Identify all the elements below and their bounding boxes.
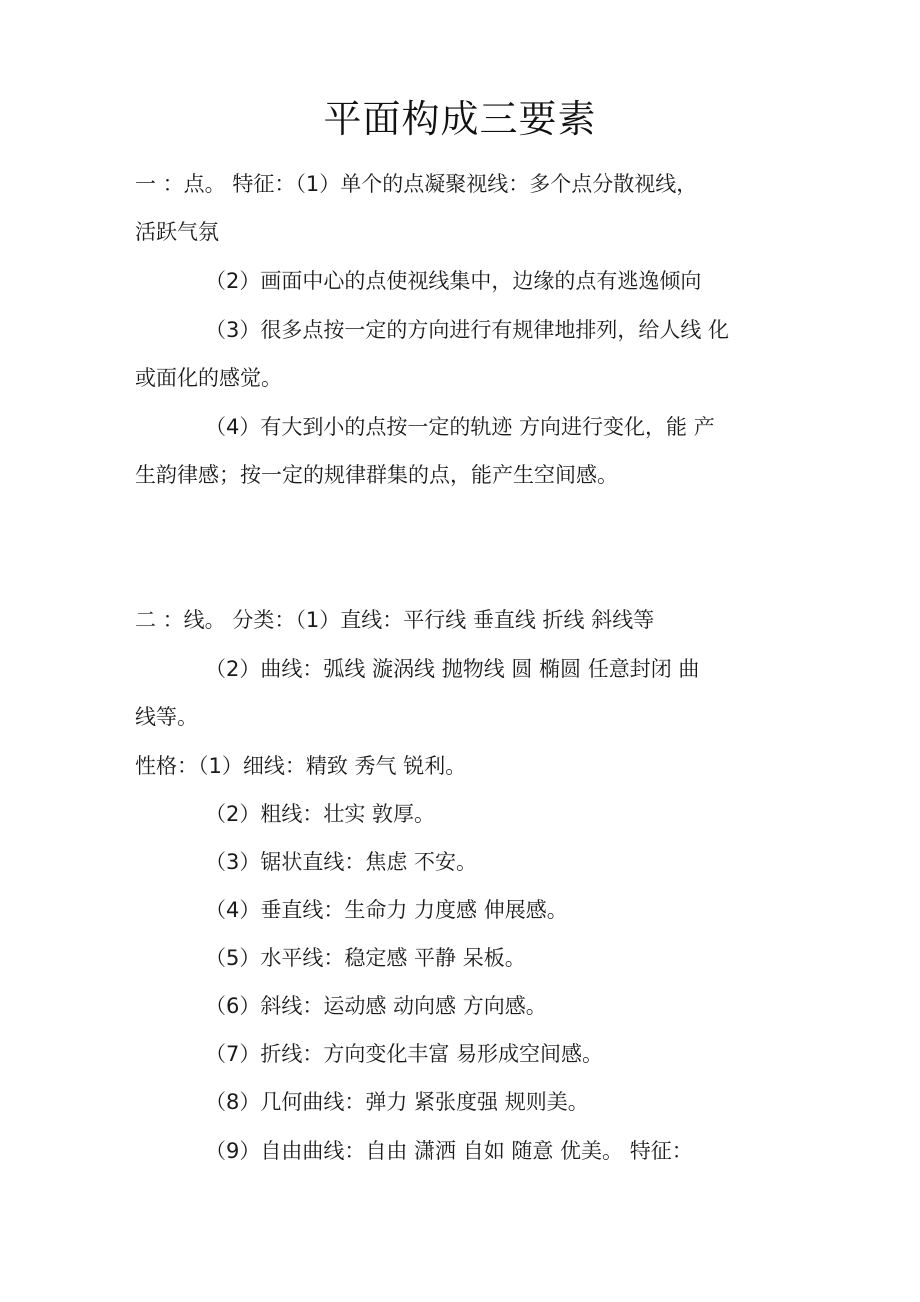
paragraph-line: 性格：（1）细线：精致 秀气 锐利。	[135, 752, 466, 780]
paragraph-line: （2）粗线：壮实 敦厚。	[205, 800, 435, 828]
paragraph-line: 线等。	[135, 703, 198, 731]
paragraph-line: 活跃气氛	[135, 218, 219, 246]
paragraph-line: （4）垂直线：生命力 力度感 伸展感。	[205, 896, 568, 924]
paragraph-line: （5）水平线：稳定感 平静 呆板。	[205, 944, 526, 972]
paragraph-line: 或面化的感觉。	[135, 364, 282, 392]
paragraph-line: （3）很多点按一定的方向进行有规律地排列，给人线 化	[205, 316, 729, 344]
paragraph-line: （8）几何曲线：弹力 紧张度强 规则美。	[205, 1088, 589, 1116]
paragraph-line: （7）折线：方向变化丰富 易形成空间感。	[205, 1040, 603, 1068]
paragraph-line: 二 ：线。 分类：（1）直线：平行线 垂直线 折线 斜线等	[135, 606, 654, 634]
paragraph-line: （4）有大到小的点按一定的轨迹 方向进行变化，能 产	[205, 413, 715, 441]
paragraph-line: 生韵律感；按一定的规律群集的点，能产生空间感。	[135, 461, 618, 489]
paragraph-line: （2）画面中心的点使视线集中，边缘的点有逃逸倾向	[205, 267, 701, 295]
document-title: 平面构成三要素	[0, 88, 920, 143]
paragraph-line: 一 ：点。 特征：（1）单个的点凝聚视线：多个点分散视线，	[135, 170, 697, 198]
paragraph-line: （6）斜线：运动感 动向感 方向感。	[205, 992, 547, 1020]
document-page: 平面构成三要素 一 ：点。 特征：（1）单个的点凝聚视线：多个点分散视线， 活跃…	[0, 0, 920, 1302]
paragraph-line: （2）曲线：弧线 漩涡线 抛物线 圆 椭圆 任意封闭 曲	[205, 655, 699, 683]
paragraph-line: （9）自由曲线：自由 潇洒 自如 随意 优美。 特征：	[205, 1137, 693, 1165]
paragraph-line: （3）锯状直线：焦虑 不安。	[205, 848, 477, 876]
